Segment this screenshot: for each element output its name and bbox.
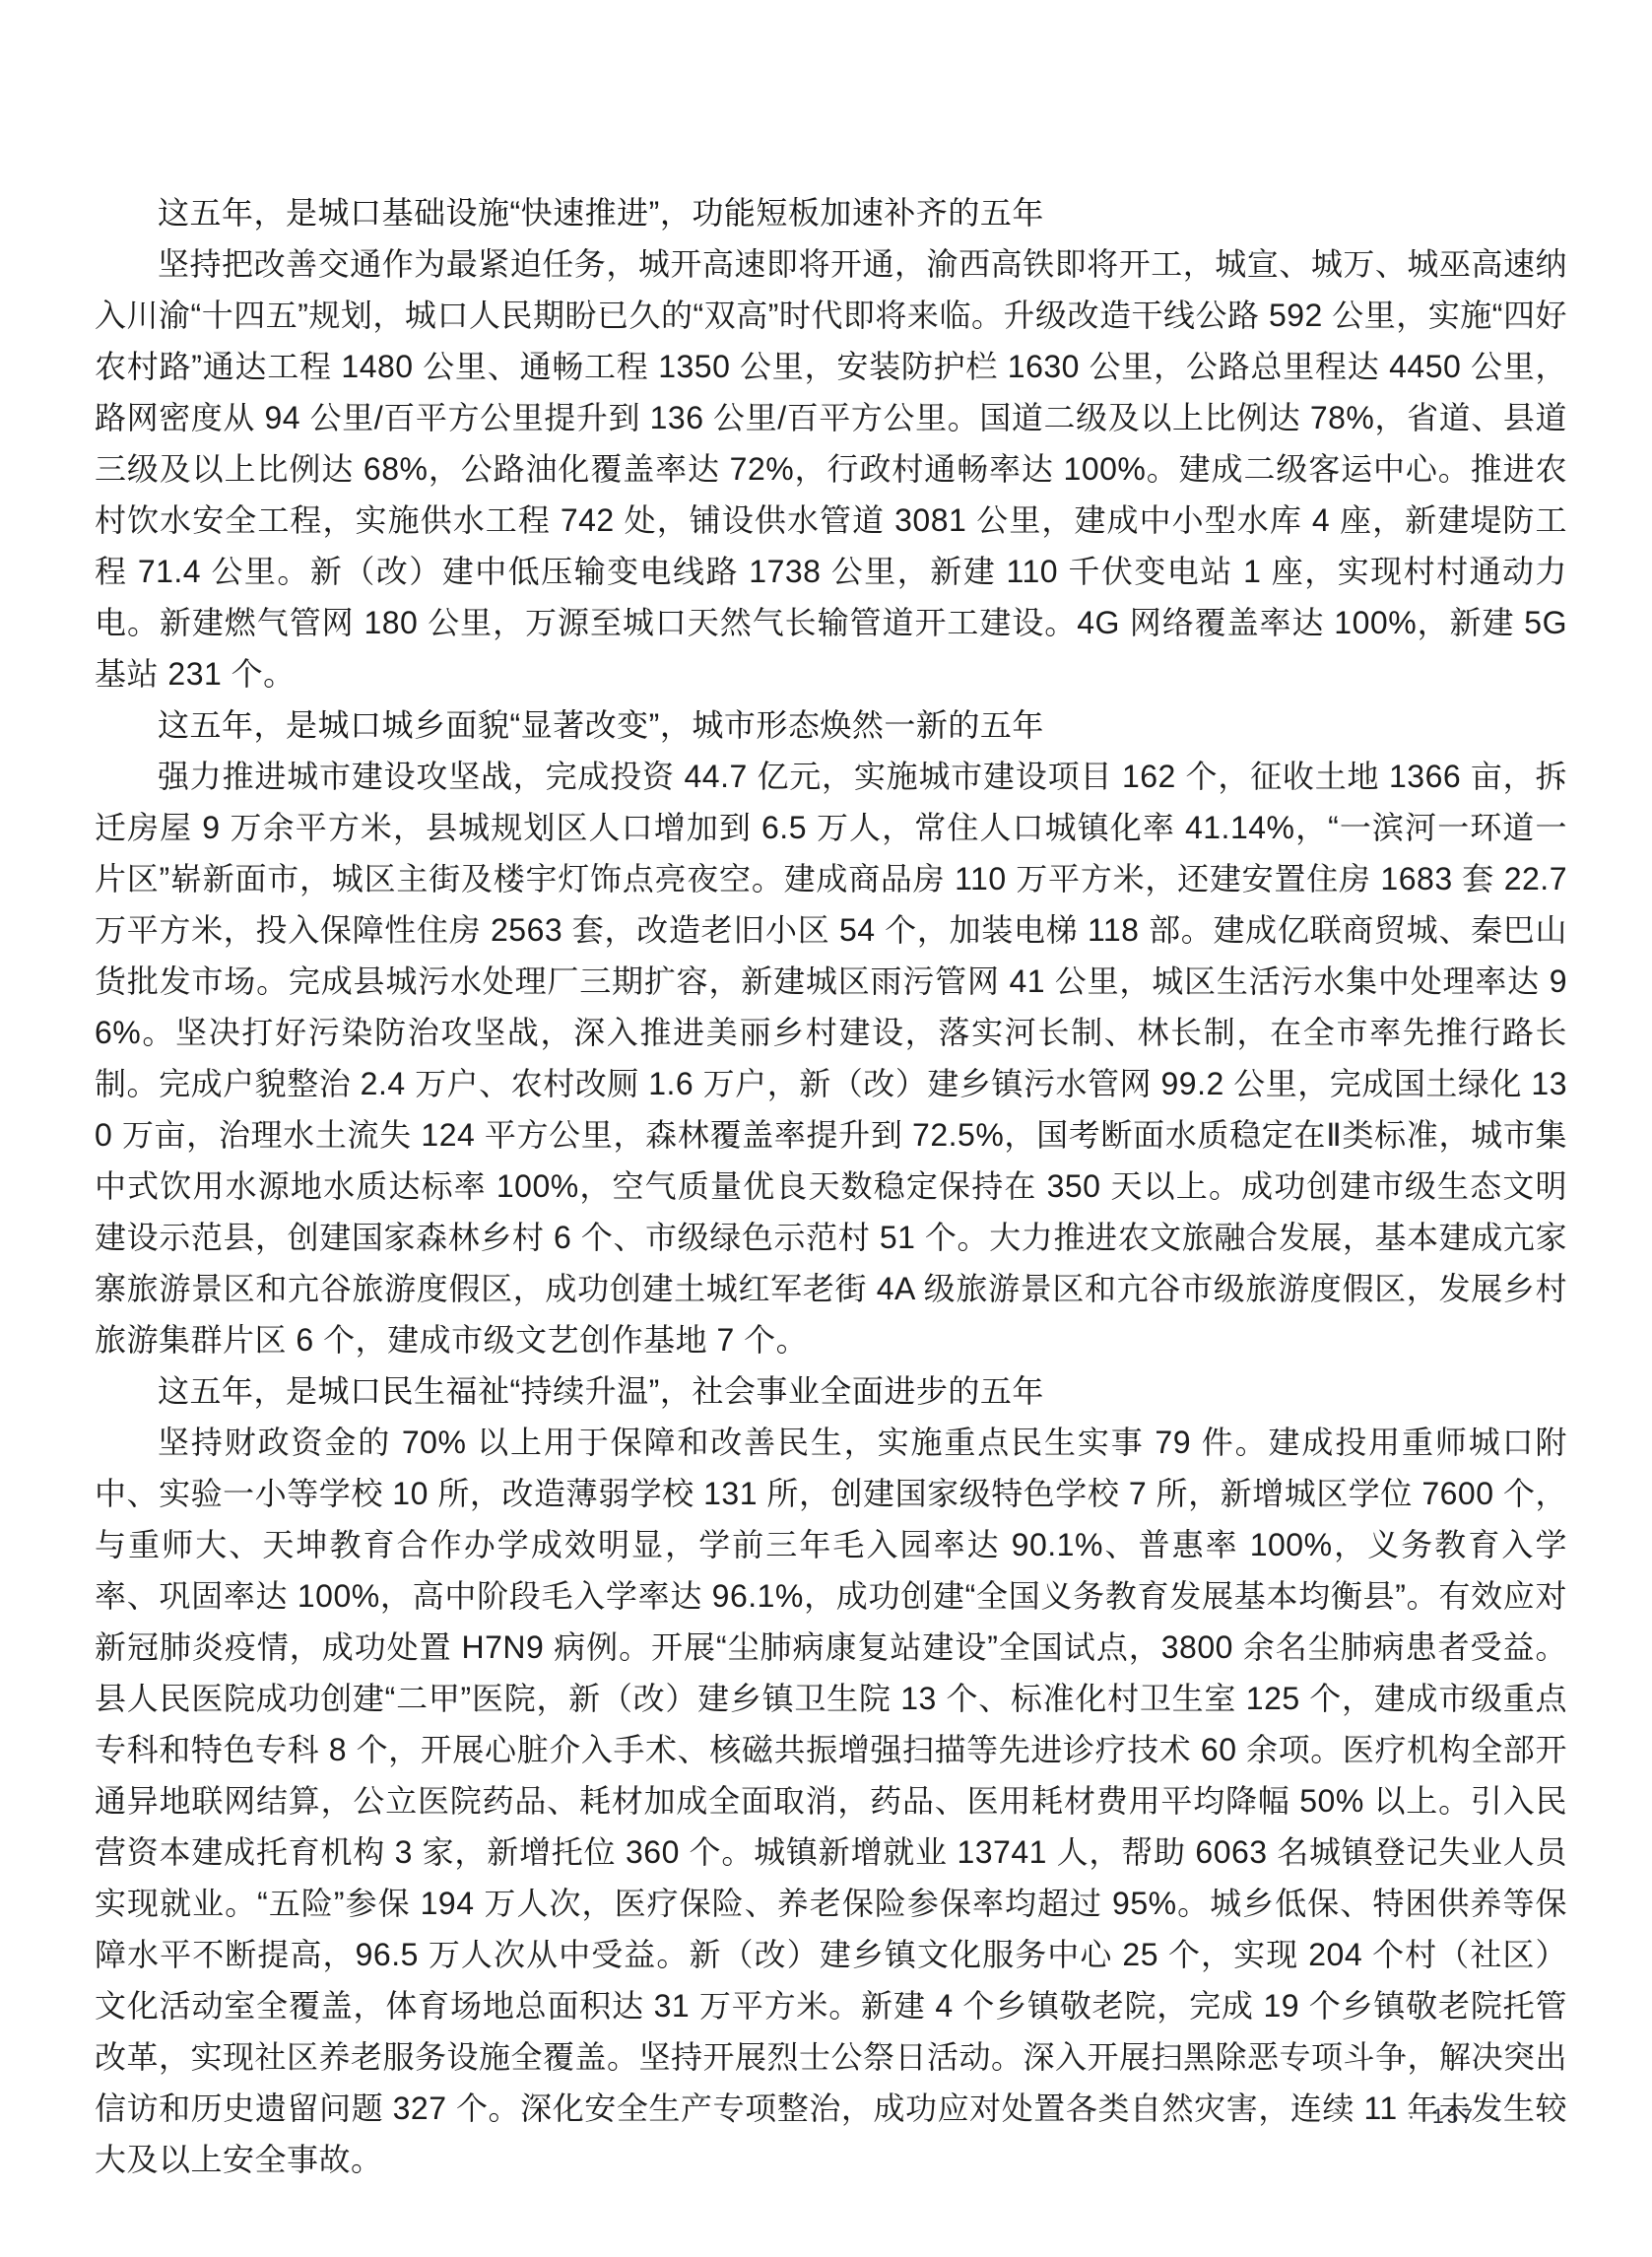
body-paragraph: 强力推进城市建设攻坚战，完成投资 44.7 亿元，实施城市建设项目 162 个，… <box>95 751 1567 1365</box>
footer-right-dot: · <box>1493 2102 1500 2132</box>
footer-left-dot: · <box>1408 2102 1415 2132</box>
body-paragraph: 坚持把改善交通作为最紧迫任务，城开高速即将开通，渝西高铁即将开工，城宣、城万、城… <box>95 238 1567 699</box>
section-subheading: 这五年，是城口基础设施“快速推进”，功能短板加速补齐的五年 <box>95 187 1567 238</box>
section-subheading: 这五年，是城口城乡面貌“显著改变”，城市形态焕然一新的五年 <box>95 699 1567 751</box>
document-body: 这五年，是城口基础设施“快速推进”，功能短板加速补齐的五年坚持把改善交通作为最紧… <box>95 187 1567 2185</box>
page-number: 157 <box>1432 2105 1476 2128</box>
document-page: 这五年，是城口基础设施“快速推进”，功能短板加速补齐的五年坚持把改善交通作为最紧… <box>0 0 1652 2257</box>
body-paragraph: 坚持财政资金的 70% 以上用于保障和改善民生，实施重点民生实事 79 件。建成… <box>95 1417 1567 2185</box>
page-footer: ·157· <box>1390 2102 1518 2132</box>
section-subheading: 这五年，是城口民生福祉“持续升温”，社会事业全面进步的五年 <box>95 1365 1567 1417</box>
